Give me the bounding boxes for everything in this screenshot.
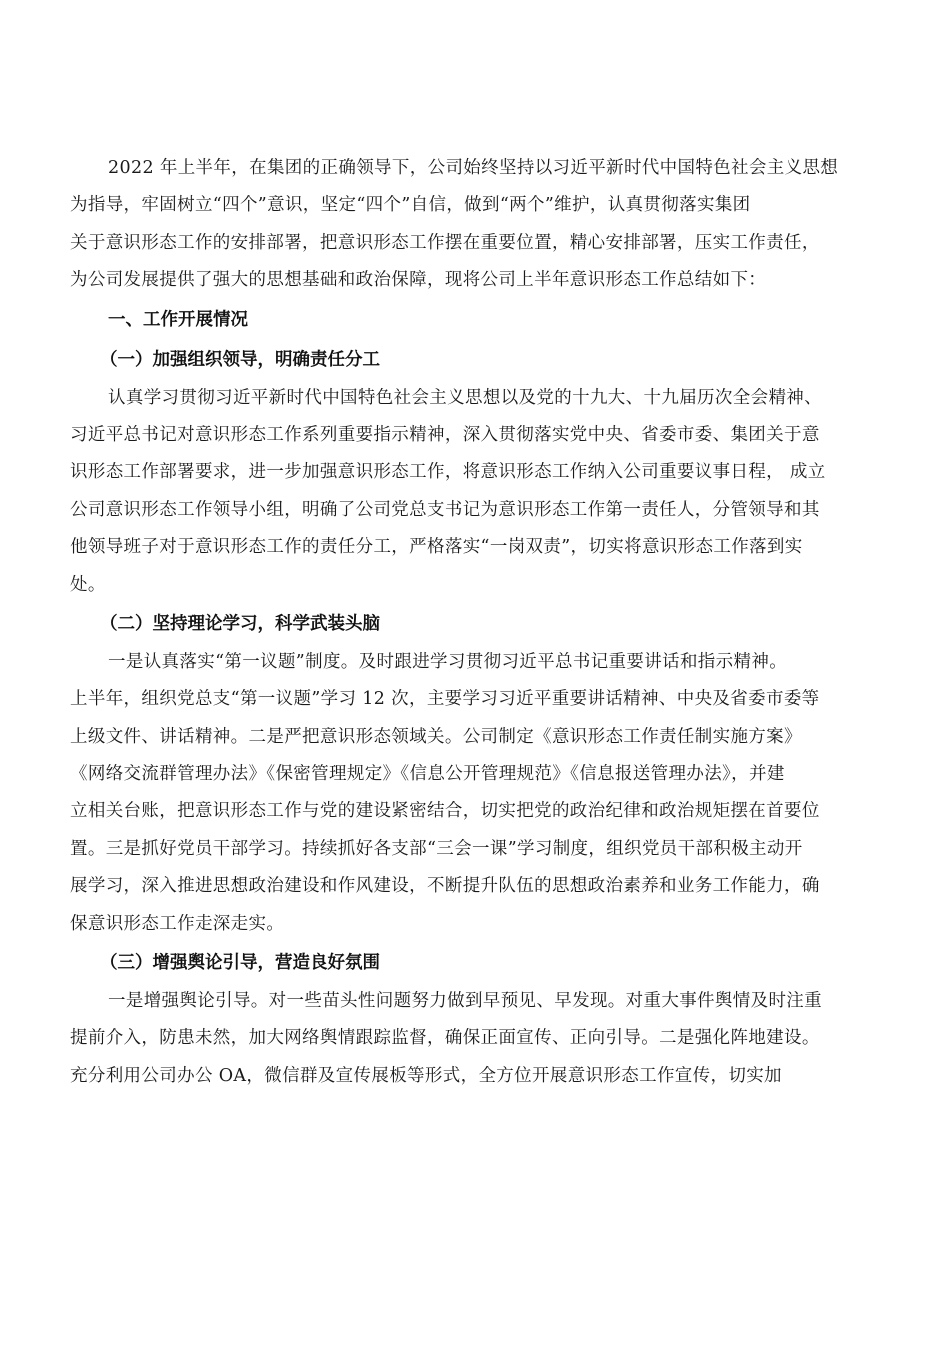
- paragraph-line: 识形态工作部署要求，进一步加强意识形态工作，将意识形态工作纳入公司重要议事日程，…: [70, 454, 885, 491]
- subsection-heading: （三）增强舆论引导，营造良好氛围: [70, 943, 885, 983]
- paragraph-line: 认真学习贯彻习近平新时代中国特色社会主义思想以及党的十九大、十九届历次全会精神、: [70, 380, 885, 417]
- section-heading: 一、工作开展情况: [70, 300, 885, 340]
- paragraph-line: 提前介入，防患未然，加大网络舆情跟踪监督，确保正面宣传、正向引导。二是强化阵地建…: [70, 1020, 885, 1057]
- subsection-3-paragraph: 一是增强舆论引导。对一些苗头性问题努力做到早预见、早发现。对重大事件舆情及时注重…: [70, 983, 885, 1095]
- subsection-1-paragraph: 认真学习贯彻习近平新时代中国特色社会主义思想以及党的十九大、十九届历次全会精神、…: [70, 380, 885, 604]
- paragraph-line: 关于意识形态工作的安排部署，把意识形态工作摆在重要位置，精心安排部署，压实工作责…: [70, 225, 885, 262]
- paragraph-line: 展学习，深入推进思想政治建设和作风建设，不断提升队伍的思想政治素养和业务工作能力…: [70, 868, 885, 905]
- paragraph-line: 充分利用公司办公 OA，微信群及宣传展板等形式，全方位开展意识形态工作宣传，切实…: [70, 1058, 885, 1095]
- paragraph-line: 处。: [70, 567, 885, 604]
- paragraph-line: 上级文件、讲话精神。二是严把意识形态领域关。公司制定《意识形态工作责任制实施方案…: [70, 719, 885, 756]
- subsection-2-paragraph: 一是认真落实“第一议题”制度。及时跟进学习贯彻习近平总书记重要讲话和指示精神。 …: [70, 644, 885, 943]
- paragraph-line: 习近平总书记对意识形态工作系列重要指示精神，深入贯彻落实党中央、省委市委、集团关…: [70, 417, 885, 454]
- paragraph-line: 一是认真落实“第一议题”制度。及时跟进学习贯彻习近平总书记重要讲话和指示精神。: [70, 644, 885, 681]
- subsection-heading: （二）坚持理论学习，科学武装头脑: [70, 604, 885, 644]
- paragraph-line: 他领导班子对于意识形态工作的责任分工，严格落实“一岗双责”，切实将意识形态工作落…: [70, 529, 885, 566]
- paragraph-line: 保意识形态工作走深走实。: [70, 906, 885, 943]
- subsection-heading: （一）加强组织领导，明确责任分工: [70, 340, 885, 380]
- paragraph-line: 上半年，组织党总支“第一议题”学习 12 次，主要学习习近平重要讲话精神、中央及…: [70, 681, 885, 718]
- paragraph-line: 立相关台账，把意识形态工作与党的建设紧密结合，切实把党的政治纪律和政治规矩摆在首…: [70, 793, 885, 830]
- paragraph-line: 《网络交流群管理办法》《保密管理规定》《信息公开管理规范》《信息报送管理办法》，…: [70, 756, 885, 793]
- document-page: 2022 年上半年，在集团的正确领导下，公司始终坚持以习近平新时代中国特色社会主…: [70, 150, 885, 1095]
- intro-paragraph: 2022 年上半年，在集团的正确领导下，公司始终坚持以习近平新时代中国特色社会主…: [70, 150, 885, 300]
- paragraph-line: 2022 年上半年，在集团的正确领导下，公司始终坚持以习近平新时代中国特色社会主…: [70, 150, 885, 187]
- paragraph-line: 一是增强舆论引导。对一些苗头性问题努力做到早预见、早发现。对重大事件舆情及时注重: [70, 983, 885, 1020]
- paragraph-line: 为指导，牢固树立“四个”意识，坚定“四个”自信，做到“两个”维护，认真贯彻落实集…: [70, 187, 885, 224]
- paragraph-line: 为公司发展提供了强大的思想基础和政治保障，现将公司上半年意识形态工作总结如下：: [70, 262, 885, 299]
- paragraph-line: 置。三是抓好党员干部学习。持续抓好各支部“三会一课”学习制度，组织党员干部积极主…: [70, 831, 885, 868]
- paragraph-line: 公司意识形态工作领导小组，明确了公司党总支书记为意识形态工作第一责任人，分管领导…: [70, 492, 885, 529]
